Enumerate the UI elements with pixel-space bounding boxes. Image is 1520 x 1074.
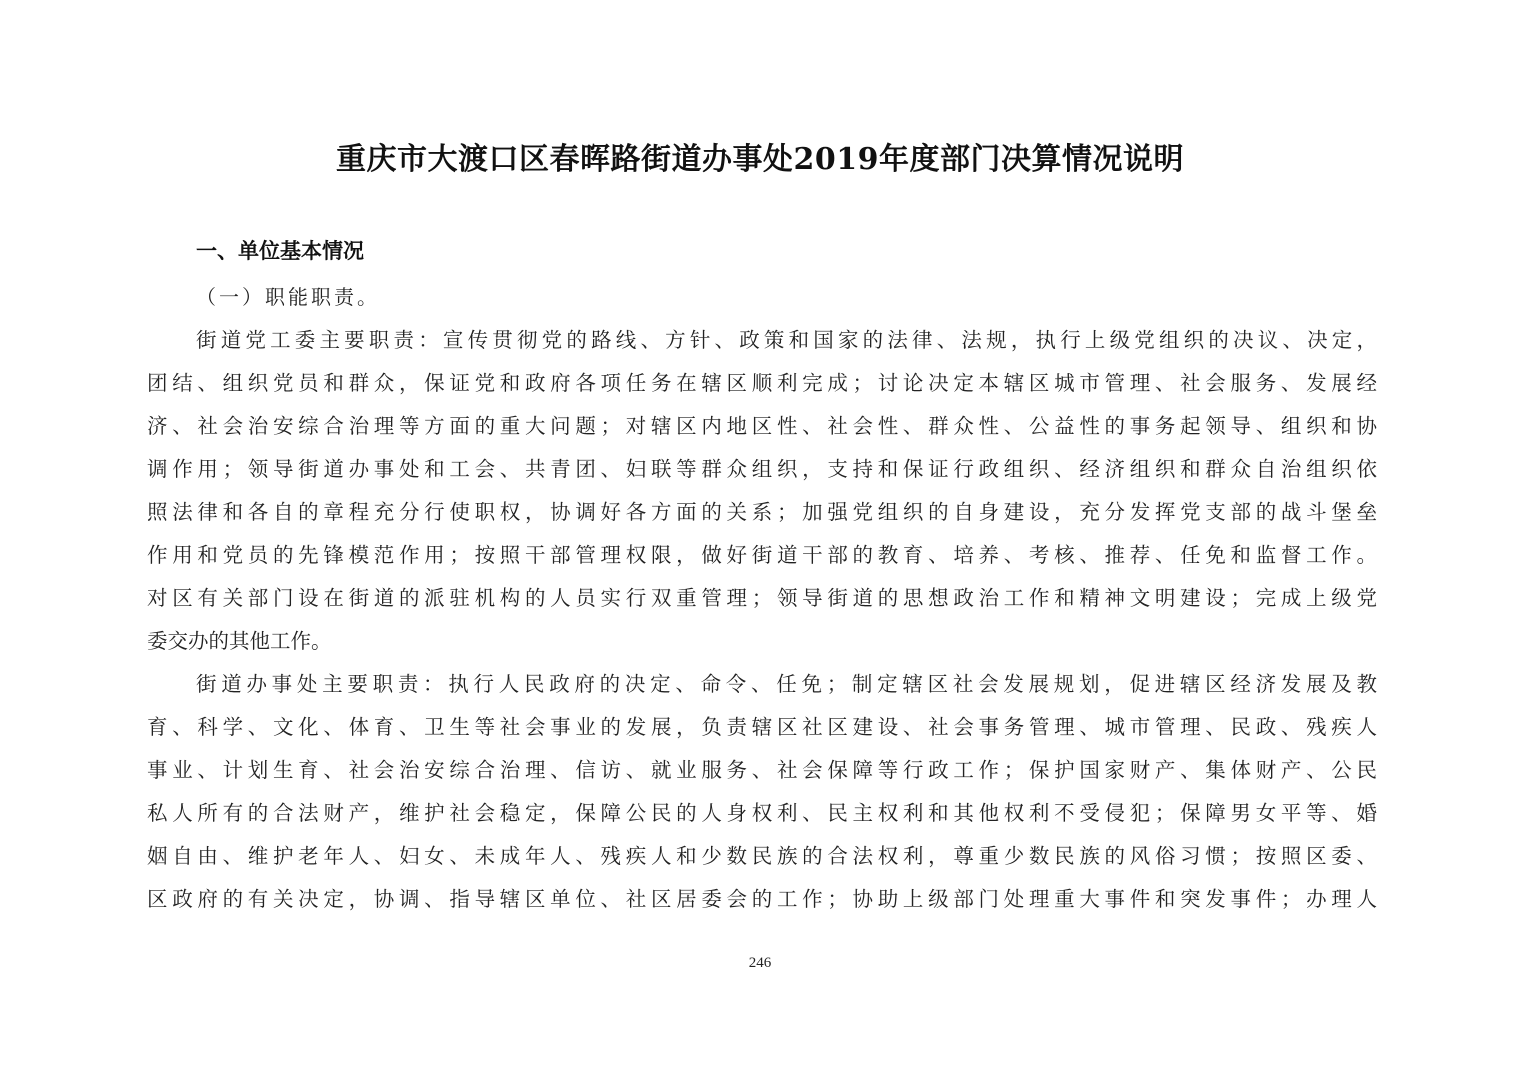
paragraph-line: 私人所有的合法财产，维护社会稳定，保障公民的人身权利、民主权利和其他权利不受侵犯… [147, 792, 1377, 835]
paragraph-line: 事业、计划生育、社会治安综合治理、信访、就业服务、社会保障等行政工作；保护国家财… [147, 749, 1377, 792]
paragraph-street-office-duties: 街道办事处主要职责：执行人民政府的决定、命令、任免；制定辖区社会发展规划，促进辖… [147, 663, 1377, 921]
paragraph-line: 照法律和各自的章程充分行使职权，协调好各方面的关系；加强党组织的自身建设，充分发… [147, 491, 1377, 534]
subsection-heading: （一）职能职责。 [196, 280, 380, 314]
paragraph-line: 团结、组织党员和群众，保证党和政府各项任务在辖区顺利完成；讨论决定本辖区城市管理… [147, 362, 1377, 405]
document-title: 重庆市大渡口区春晖路街道办事处2019年度部门决算情况说明 [0, 138, 1520, 182]
paragraph-party-committee-duties: 街道党工委主要职责：宣传贯彻党的路线、方针、政策和国家的法律、法规，执行上级党组… [147, 319, 1377, 663]
paragraph-line: 育、科学、文化、体育、卫生等社会事业的发展，负责辖区社区建设、社会事务管理、城市… [147, 706, 1377, 749]
paragraph-line: 济、社会治安综合治理等方面的重大问题；对辖区内地区性、社会性、群众性、公益性的事… [147, 405, 1377, 448]
paragraph-line: 委交办的其他工作。 [147, 620, 1377, 663]
paragraph-line: 街道办事处主要职责：执行人民政府的决定、命令、任免；制定辖区社会发展规划，促进辖… [147, 663, 1377, 706]
document-page: 重庆市大渡口区春晖路街道办事处2019年度部门决算情况说明 一、单位基本情况 （… [0, 0, 1520, 1074]
section-heading: 一、单位基本情况 [196, 234, 364, 268]
paragraph-line: 对区有关部门设在街道的派驻机构的人员实行双重管理；领导街道的思想政治工作和精神文… [147, 577, 1377, 620]
paragraph-line: 作用和党员的先锋模范作用；按照干部管理权限，做好街道干部的教育、培养、考核、推荐… [147, 534, 1377, 577]
paragraph-line: 街道党工委主要职责：宣传贯彻党的路线、方针、政策和国家的法律、法规，执行上级党组… [147, 319, 1377, 362]
page-number: 246 [0, 953, 1520, 973]
paragraph-line: 姻自由、维护老年人、妇女、未成年人、残疾人和少数民族的合法权利，尊重少数民族的风… [147, 835, 1377, 878]
paragraph-line: 调作用；领导街道办事处和工会、共青团、妇联等群众组织，支持和保证行政组织、经济组… [147, 448, 1377, 491]
paragraph-line: 区政府的有关决定，协调、指导辖区单位、社区居委会的工作；协助上级部门处理重大事件… [147, 878, 1377, 921]
